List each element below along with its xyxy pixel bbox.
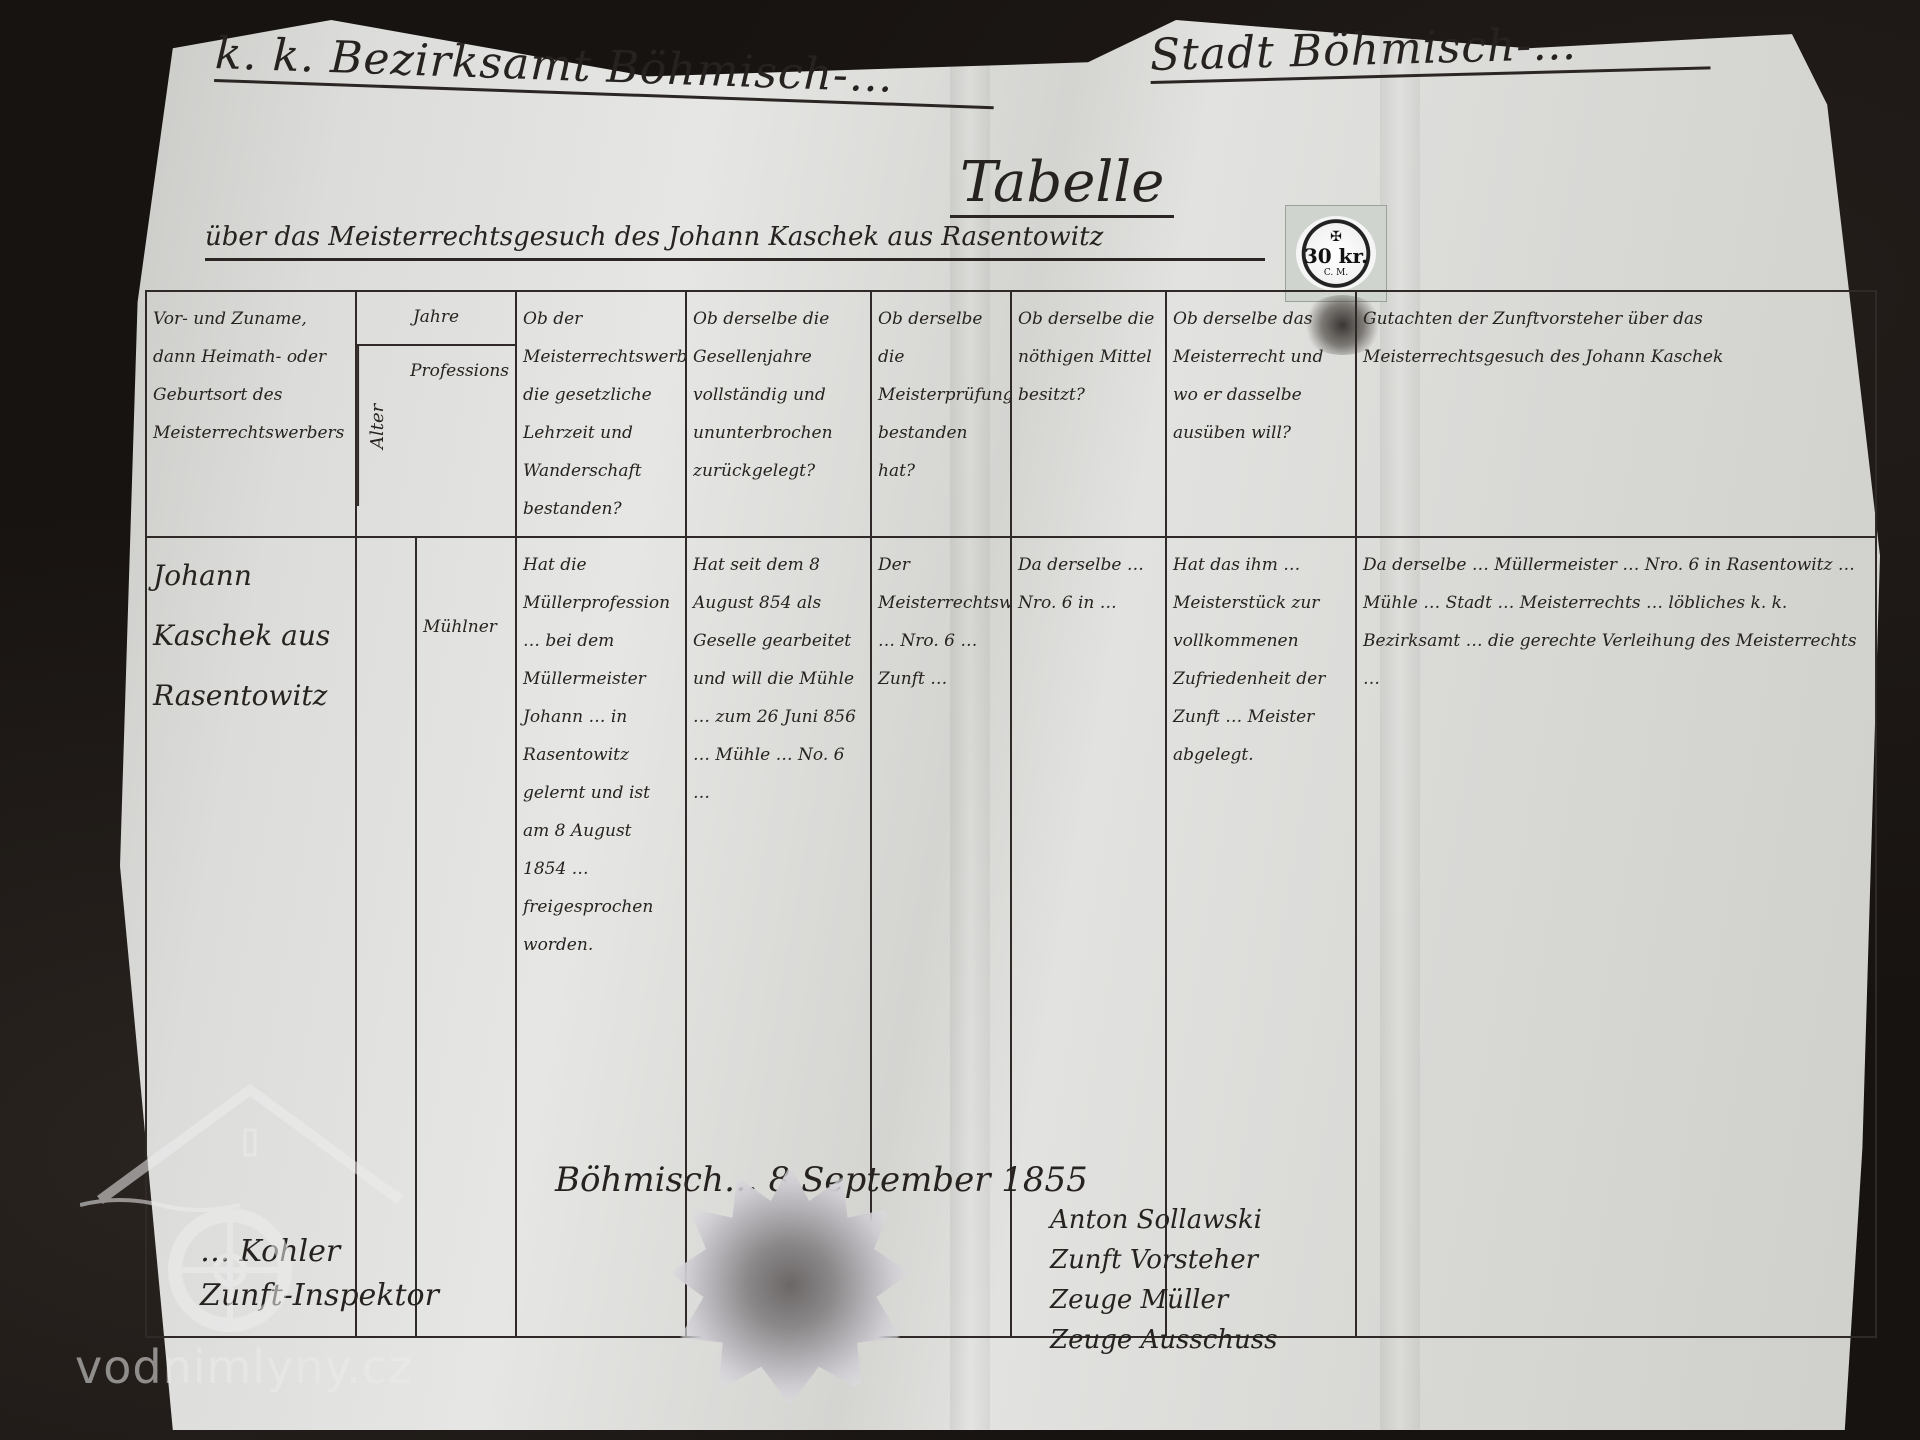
header-ausuebung: Ob derselbe das Meisterrecht und wo er d… bbox=[1166, 291, 1356, 537]
eagle-icon: ✠ bbox=[1330, 230, 1342, 244]
watermark: vodnimlyny.cz bbox=[75, 1340, 413, 1394]
revenue-stamp: ✠ 30 kr. C. M. bbox=[1285, 205, 1387, 302]
cell-profession: Mühlner bbox=[416, 537, 516, 1337]
signature-right-line: Zeuge Ausschuss bbox=[1050, 1320, 1277, 1360]
cell-lehrzeit: Hat die Müllerprofession … bei dem Mülle… bbox=[516, 537, 686, 1337]
document-subtitle: über das Meisterrechtsgesuch des Johann … bbox=[205, 222, 1265, 261]
header-gutachten: Gutachten der Zunftvorsteher über das Me… bbox=[1356, 291, 1876, 537]
header-mittel: Ob derselbe die nöthigen Mittel besitzt? bbox=[1011, 291, 1166, 537]
watermill-logo-icon bbox=[80, 1080, 420, 1340]
header-name: Vor- und Zuname, dann Heimath- oder Gebu… bbox=[146, 291, 356, 537]
header-alter: Alter bbox=[357, 346, 404, 506]
cell-pruefung: Der Meisterrechtswerber … Nro. 6 … Zunft… bbox=[871, 537, 1011, 1337]
header-lehrzeit: Ob der Meisterrechtswerber die gesetzlic… bbox=[516, 291, 686, 537]
signature-right-line: Zunft Vorsteher bbox=[1050, 1240, 1277, 1280]
document-title: Tabelle bbox=[950, 150, 1174, 218]
header-gesellenjahre: Ob derselbe die Gesellenjahre vollständi… bbox=[686, 291, 871, 537]
signature-right-line: Zeuge Müller bbox=[1050, 1280, 1277, 1320]
table-header-row: Vor- und Zuname, dann Heimath- oder Gebu… bbox=[146, 291, 1876, 537]
signature-right: Anton Sollawski Zunft Vorsteher Zeuge Mü… bbox=[1050, 1200, 1277, 1360]
signature-right-line: Anton Sollawski bbox=[1050, 1200, 1277, 1240]
stamp-value: 30 kr. bbox=[1304, 244, 1368, 268]
header-jahre: Jahre bbox=[357, 292, 515, 346]
header-profession: Professions bbox=[404, 346, 515, 506]
header-pruefung: Ob derselbe die Meisterprüfung bestanden… bbox=[871, 291, 1011, 537]
header-jahre-group: Jahre Alter Professions bbox=[356, 291, 516, 537]
stamp-currency: C. M. bbox=[1324, 268, 1348, 278]
cell-gutachten: Da derselbe … Müllermeister … Nro. 6 in … bbox=[1356, 537, 1876, 1337]
